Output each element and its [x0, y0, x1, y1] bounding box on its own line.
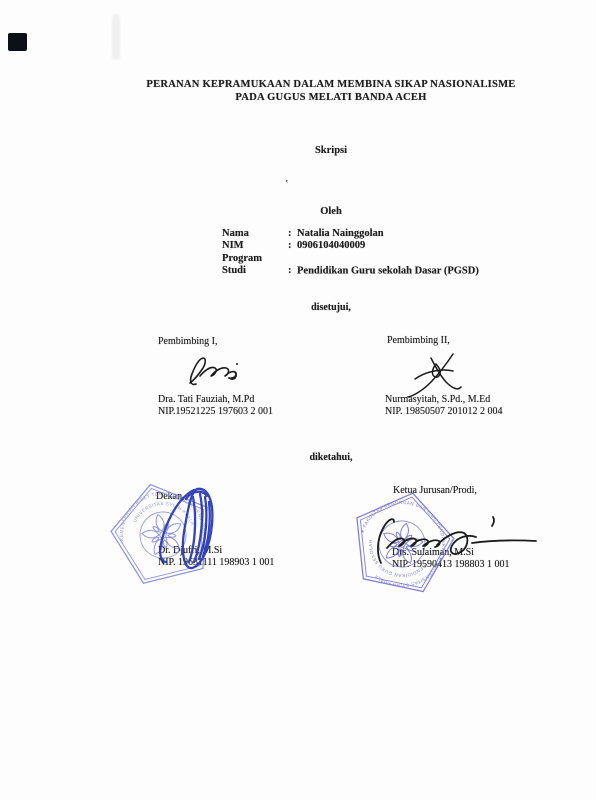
- stamp-pentagon-outer: [345, 483, 461, 596]
- author-row-prodi: Program Studi:Pendidikan Guru sekolah Da…: [222, 253, 479, 278]
- prodi-value: Pendidikan Guru sekolah Dasar (PGSD): [297, 265, 479, 276]
- diketahui-label: diketahui,: [66, 452, 596, 463]
- author-row-nama: Nama:Natalia Nainggolan: [222, 228, 479, 240]
- prodi-label: Program Studi: [222, 253, 288, 278]
- stamp-dekan: KEMENTERIAN RISET TEKNOLOGI DAN PENDIDIK…: [102, 473, 221, 588]
- ketua-identity: Drs. Sulaiman, M.Si NIP. 19590413 198803…: [392, 547, 510, 571]
- signature-pembimbing1: [190, 358, 238, 384]
- nim-label: NIM: [222, 240, 288, 252]
- title-line-2: PADA GUGUS MELATI BANDA ACEH: [66, 91, 596, 104]
- dekan-name: Dr. Djufri, M.Si: [158, 545, 274, 557]
- author-info-table: Nama:Natalia Nainggolan NIM:090610404000…: [222, 228, 479, 278]
- pembimbing2-role: Pembimbing II,: [387, 335, 450, 347]
- title-line-1: PERANAN KEPRAMUKAAN DALAM MEMBINA SIKAP …: [66, 78, 596, 91]
- author-row-nim: NIM:0906104040009: [222, 240, 479, 252]
- oleh-label: Oleh: [66, 206, 596, 217]
- prodi-sep: :: [288, 265, 297, 277]
- nama-sep: :: [288, 228, 297, 240]
- nim-value: 0906104040009: [297, 240, 365, 251]
- disetujui-label: disetujui,: [66, 302, 596, 313]
- nama-label: Nama: [222, 228, 288, 240]
- ketua-name: Drs. Sulaiman, M.Si: [392, 547, 510, 559]
- stamp-pentagon-outer: [102, 473, 221, 588]
- pembimbing1-nip: NIP.19521225 197603 2 001: [158, 406, 273, 418]
- ketua-role: Ketua Jurusan/Prodi,: [393, 485, 477, 497]
- nama-value: Natalia Nainggolan: [297, 228, 384, 239]
- pembimbing2-name: Nurmasyitah, S.Pd., M.Ed: [385, 394, 503, 406]
- stray-pen-mark: ‛: [285, 178, 289, 190]
- scan-smudge: [112, 14, 120, 60]
- dekan-identity: Dr. Djufri, M.Si NIP. 19631111 198903 1 …: [158, 545, 274, 569]
- nim-sep: :: [288, 240, 297, 252]
- dekan-nip: NIP. 19631111 198903 1 001: [158, 557, 274, 569]
- ketua-nip: NIP. 19590413 198803 1 001: [392, 559, 510, 571]
- pembimbing1-identity: Dra. Tati Fauziah, M.Pd NIP.19521225 197…: [158, 394, 273, 418]
- dekan-role: Dekan,: [156, 491, 185, 503]
- stamp-ketua: ★ FAKULTAS KEGURUAN DAN ILMU PENDIDIKAN …: [344, 483, 461, 598]
- svg-text:★ FAKULTAS KEGURUAN DAN ILMU P: ★ FAKULTAS KEGURUAN DAN ILMU PENDIDIKAN …: [350, 492, 454, 596]
- pembimbing2-nip: NIP. 19850507 201012 2 004: [385, 406, 503, 418]
- stamp-pentagon-inner: [349, 488, 456, 592]
- pembimbing2-identity: Nurmasyitah, S.Pd., M.Ed NIP. 19850507 2…: [385, 394, 503, 418]
- doc-type-label: Skripsi: [66, 145, 596, 156]
- pembimbing1-name: Dra. Tati Fauziah, M.Pd: [158, 394, 273, 406]
- pembimbing1-role: Pembimbing I,: [158, 336, 217, 348]
- signature-pembimbing2: [408, 354, 461, 397]
- document-title: PERANAN KEPRAMUKAAN DALAM MEMBINA SIKAP …: [66, 78, 596, 104]
- stamp-right-outer-text: ★ FAKULTAS KEGURUAN DAN ILMU PENDIDIKAN …: [350, 492, 454, 596]
- scan-artifact-square: [8, 33, 27, 51]
- ink-overlay: KEMENTERIAN RISET TEKNOLOGI DAN PENDIDIK…: [0, 0, 596, 800]
